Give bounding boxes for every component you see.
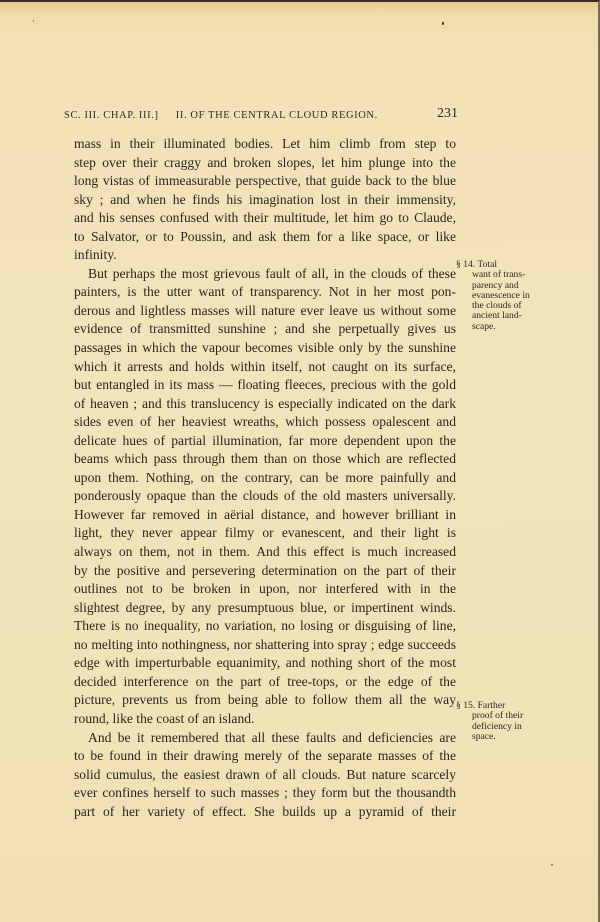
text-line: and his senses confused with their multi… bbox=[74, 209, 456, 228]
text-line: ponderously opaque than the clouds of th… bbox=[74, 487, 456, 506]
text-line: ever confines herself to such masses ; t… bbox=[74, 784, 456, 803]
text-line: slightest degree, by any presumptuous bl… bbox=[74, 599, 456, 618]
text-line: by the positive and persevering determin… bbox=[74, 562, 456, 581]
page-number: 231 bbox=[437, 106, 458, 122]
text-line: beams which pass through them than on th… bbox=[74, 450, 456, 469]
sidenote-line: space. bbox=[456, 732, 536, 742]
page-header: SC. III. CHAP. III.] II. OF THE CENTRAL … bbox=[64, 106, 462, 124]
scanned-book-page: SC. III. CHAP. III.] II. OF THE CENTRAL … bbox=[0, 0, 600, 922]
text-line: outlines not to be broken in upon, nor i… bbox=[74, 580, 456, 599]
text-line: sides even of her heaviest wreaths, whic… bbox=[74, 413, 456, 432]
paragraph-start-line: And be it remembered that all these faul… bbox=[74, 729, 456, 748]
text-line: sky ; and when he finds his imagination … bbox=[74, 191, 456, 210]
text-line: long vistas of immeasurable perspective,… bbox=[74, 172, 456, 191]
ink-speck bbox=[33, 20, 34, 22]
sidenote-line: ancient land- bbox=[456, 311, 536, 321]
text-line: infinity. bbox=[74, 246, 456, 265]
text-line: but entangled in its mass — floating fle… bbox=[74, 376, 456, 395]
body-text: mass in their illuminated bodies. Let hi… bbox=[74, 135, 456, 821]
sidenote-line: deficiency in bbox=[456, 722, 536, 732]
running-head: SC. III. CHAP. III.] II. OF THE CENTRAL … bbox=[64, 110, 378, 121]
text-line: derous and lightless masses will nature … bbox=[74, 302, 456, 321]
text-line: evidence of transmitted sunshine ; and s… bbox=[74, 320, 456, 339]
text-line: which it arrests and holds within itself… bbox=[74, 358, 456, 377]
text-line: passages in which the vapour becomes vis… bbox=[74, 339, 456, 358]
text-line: upon them. Nothing, on the contrary, can… bbox=[74, 469, 456, 488]
section-reference: SC. III. CHAP. III.] bbox=[64, 110, 159, 121]
marginal-note-section-15: § 15. Farther proof of their deficiency … bbox=[456, 701, 536, 742]
text-line: painters, is the utter want of transpare… bbox=[74, 283, 456, 302]
text-line: part of her variety of effect. She build… bbox=[74, 803, 456, 822]
sidenote-line: scape. bbox=[456, 322, 536, 332]
text-line: step over their craggy and broken slopes… bbox=[74, 154, 456, 173]
marginal-note-section-14: § 14. Total want of trans- parency and e… bbox=[456, 260, 536, 332]
text-line: light, they never appear filmy or evanes… bbox=[74, 524, 456, 543]
text-line: decided interference on the part of tree… bbox=[74, 673, 456, 692]
text-line: of heaven ; and this translucency is esp… bbox=[74, 395, 456, 414]
chapter-title: II. OF THE CENTRAL CLOUD REGION. bbox=[176, 110, 378, 121]
text-line: There is no inequality, no variation, no… bbox=[74, 617, 456, 636]
text-line: to Salvator, or to Poussin, and ask them… bbox=[74, 228, 456, 247]
text-line: no melting into nothingness, nor shatter… bbox=[74, 636, 456, 655]
text-line: picture, prevents us from being able to … bbox=[74, 691, 456, 710]
ink-speck bbox=[442, 22, 444, 25]
text-line: to be found in their drawing merely of t… bbox=[74, 747, 456, 766]
paragraph-start-line: But perhaps the most grievous fault of a… bbox=[74, 265, 456, 284]
text-line: edge with imperturbable equanimity, and … bbox=[74, 654, 456, 673]
text-line: However far removed in aërial distance, … bbox=[74, 506, 456, 525]
text-line: delicate hues of partial illumination, f… bbox=[74, 432, 456, 451]
ink-speck bbox=[551, 864, 553, 866]
text-line: round, like the coast of an island. bbox=[74, 710, 456, 729]
text-line: always on them, not in them. And this ef… bbox=[74, 543, 456, 562]
text-line: mass in their illuminated bodies. Let hi… bbox=[74, 135, 456, 154]
text-line: solid cumulus, the easiest drawn of all … bbox=[74, 766, 456, 785]
